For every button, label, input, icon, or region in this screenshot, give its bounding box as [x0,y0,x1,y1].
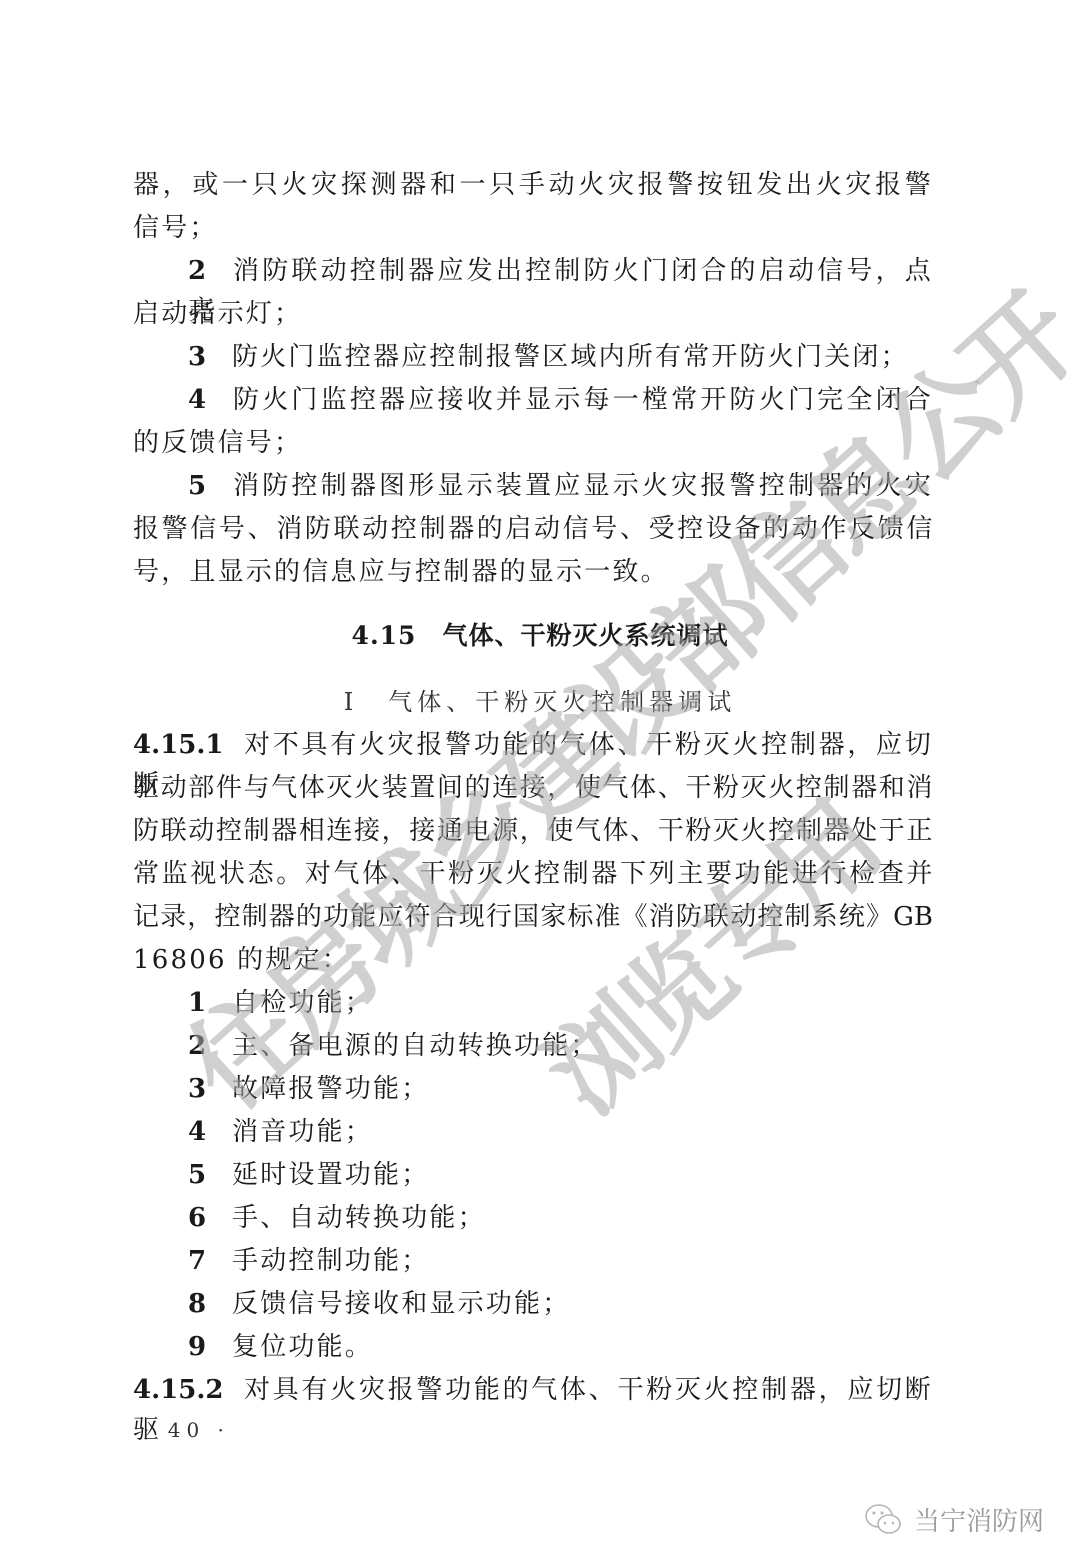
clause-4-15-1: 4.15.1对不具有火灾报警功能的气体、干粉灭火控制器，应切断 [133,725,933,765]
function-item: 8反馈信号接收和显示功能； [133,1284,933,1324]
clause-number: 4.15.2 [133,1375,223,1405]
item-number: 5 [188,466,232,506]
item-text: 自检功能； [232,988,373,1018]
text-line: 报警信号、消防联动控制器的启动信号、受控设备的动作反馈信 [133,509,933,549]
item-text: 手动控制功能； [232,1246,429,1276]
text-line: 号，且显示的信息应与控制器的显示一致。 [133,552,933,592]
subsection-heading: Ⅰ气体、干粉灭火控制器调试 [0,682,1080,722]
section-number: 4.15 [352,621,417,650]
item-text: 手、自动转换功能； [232,1203,486,1233]
clause-4-15-2: 4.15.2对具有火灾报警功能的气体、干粉灭火控制器，应切断驱 [133,1370,933,1410]
function-item: 3故障报警功能； [133,1069,933,1109]
text-line: 器，或一只火灾探测器和一只手动火灾报警按钮发出火灾报警 [133,165,933,205]
text-line: 记录，控制器的功能应符合现行国家标准《消防联动控制系统》GB [133,897,933,937]
item-text: 主、备电源的自动转换功能； [232,1031,599,1061]
item-number: 5 [188,1155,232,1195]
text-line: 信号； [133,208,933,248]
item-text: 延时设置功能； [232,1160,429,1190]
document-page: 器，或一只火灾探测器和一只手动火灾报警按钮发出火灾报警 信号； 2消防联动控制器… [0,0,1080,1566]
text-line: 驱动部件与气体灭火装置间的连接，使气体、干粉灭火控制器和消 [133,768,933,808]
section-title: 气体、干粉灭火系统调试 [442,621,728,650]
item-number: 4 [188,1112,232,1152]
clause-text: 对具有火灾报警功能的气体、干粉灭火控制器，应切断驱 [133,1375,933,1445]
item-number: 3 [188,1069,232,1109]
item-number: 6 [188,1198,232,1238]
list-item: 5消防控制器图形显示装置应显示火灾报警控制器的火灾 [133,466,933,506]
subsection-number: Ⅰ [344,688,358,716]
list-item: 3防火门监控器应控制报警区域内所有常开防火门关闭； [133,337,933,377]
item-text: 防火门监控器应控制报警区域内所有常开防火门关闭； [232,342,909,372]
function-item: 9复位功能。 [133,1327,933,1367]
item-text: 防火门监控器应接收并显示每一樘常开防火门完全闭合 [232,385,933,415]
item-number: 2 [188,251,232,291]
item-number: 2 [188,1026,232,1066]
list-item: 4防火门监控器应接收并显示每一樘常开防火门完全闭合 [133,380,933,420]
text-line: 防联动控制器相连接，接通电源，使气体、干粉灭火控制器处于正 [133,811,933,851]
list-item: 2消防联动控制器应发出控制防火门闭合的启动信号，点亮 [133,251,933,291]
item-text: 消防控制器图形显示装置应显示火灾报警控制器的火灾 [232,471,933,501]
clause-number: 4.15.1 [133,730,223,760]
brand-name: 当宁消防网 [914,1501,1044,1538]
item-text: 消音功能； [232,1117,373,1147]
item-number: 9 [188,1327,232,1367]
text-line: 启动指示灯； [133,294,933,334]
wechat-icon [864,1503,904,1537]
text-line: 常监视状态。对气体、干粉灭火控制器下列主要功能进行检查并 [133,854,933,894]
function-item: 7手动控制功能； [133,1241,933,1281]
item-number: 3 [188,337,232,377]
function-item: 6手、自动转换功能； [133,1198,933,1238]
function-item: 5延时设置功能； [133,1155,933,1195]
subsection-title: 气体、干粉灭火控制器调试 [388,688,736,716]
item-number: 8 [188,1284,232,1324]
section-heading: 4.15气体、干粉灭火系统调试 [0,616,1080,656]
text-line: 16806 的规定： [133,940,933,980]
item-text: 故障报警功能； [232,1074,429,1104]
item-number: 1 [188,983,232,1023]
item-number: 7 [188,1241,232,1281]
item-number: 4 [188,380,232,420]
function-item: 4消音功能； [133,1112,933,1152]
page-number: · 40 · [143,1418,230,1442]
function-item: 2主、备电源的自动转换功能； [133,1026,933,1066]
item-text: 复位功能。 [232,1332,373,1362]
brand-watermark: 当宁消防网 [864,1501,1044,1538]
text-line: 的反馈信号； [133,423,933,463]
item-text: 反馈信号接收和显示功能； [232,1289,570,1319]
function-item: 1自检功能； [133,983,933,1023]
